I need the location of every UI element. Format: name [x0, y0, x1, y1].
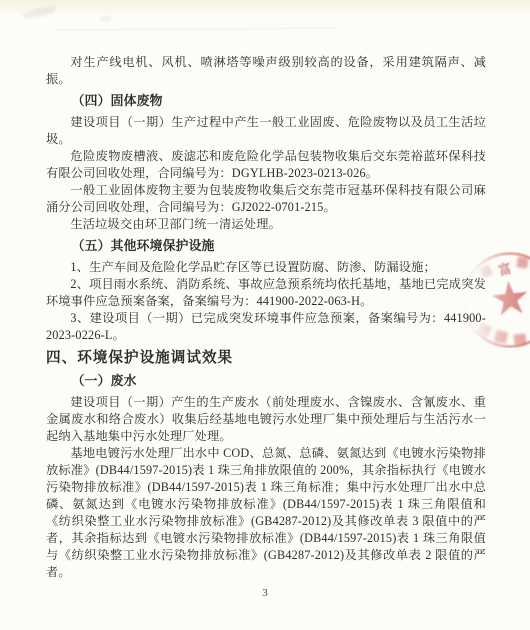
seal-illegible-character [516, 256, 528, 268]
scan-artifact-streak [55, 27, 335, 31]
paragraph-anticorrosion-facilities: 1、生产车间及危险化学品贮存区等已设置防腐、防渗、防漏设施； [46, 259, 486, 276]
heading-chapter-debug-effect: 四、环境保护设施调试效果 [46, 348, 486, 368]
paragraph-general-waste-contract: 一般工业固体废物主要为包装废物收集后交东莞市冠基环保科技有限公司麻涌分公司回收处… [46, 182, 486, 216]
scanned-document-page: { "page": { "number": "3", "background_c… [0, 0, 530, 630]
page-number: 3 [0, 587, 530, 599]
seal-illegible-character [513, 333, 526, 346]
seal-illegible-character [494, 330, 508, 344]
heading-section-other-facilities: （五）其他环境保护设施 [46, 238, 486, 255]
heading-section-solid-waste: （四）固体废物 [46, 93, 486, 110]
paragraph-wastewater-standards: 基地电镀污水处理厂出水中 COD、总氮、总磷、氨氮达到《电镀水污染物排放标准》(… [46, 445, 486, 581]
scan-smudge [100, 16, 112, 22]
paragraph-base-emergency-plan: 2、项目雨水系统、消防系统、事故应急预系统均依托基地，基地已完成突发环境事件应急… [46, 276, 486, 310]
seal-character: 富 [496, 258, 513, 280]
paragraph-wastewater-collection: 建设项目（一期）产生的生产废水（前处理废水、含镍废水、含氰废水、重金属废水和络合… [46, 394, 486, 445]
paragraph-solid-waste-overview: 建设项目（一期）生产过程中产生一般工业固废、危险废物以及员工生活垃圾。 [46, 114, 486, 148]
star-icon: ★ [487, 273, 530, 323]
paragraph-project-emergency-plan: 3、建设项目（一期）已完成突发环境事件应急预案，备案编号为：441900-202… [46, 310, 486, 344]
paragraph-domestic-garbage: 生活垃圾交由环卫部门统一清运处理。 [46, 216, 486, 233]
scan-top-edge-band [0, 0, 530, 16]
paragraph-noise-control: 对生产线电机、风机、喷淋塔等噪声级别较高的设备，采用建筑隔声、减振。 [46, 54, 486, 88]
document-body: 对生产线电机、风机、喷淋塔等噪声级别较高的设备，采用建筑隔声、减振。 （四）固体… [46, 54, 486, 581]
heading-section-wastewater: （一）废水 [46, 373, 486, 390]
paragraph-hazardous-waste-contract: 危险废物废槽液、废滤芯和废危险化学品包装物收集后交东莞裕蓝环保科技有限公司回收处… [46, 148, 486, 182]
